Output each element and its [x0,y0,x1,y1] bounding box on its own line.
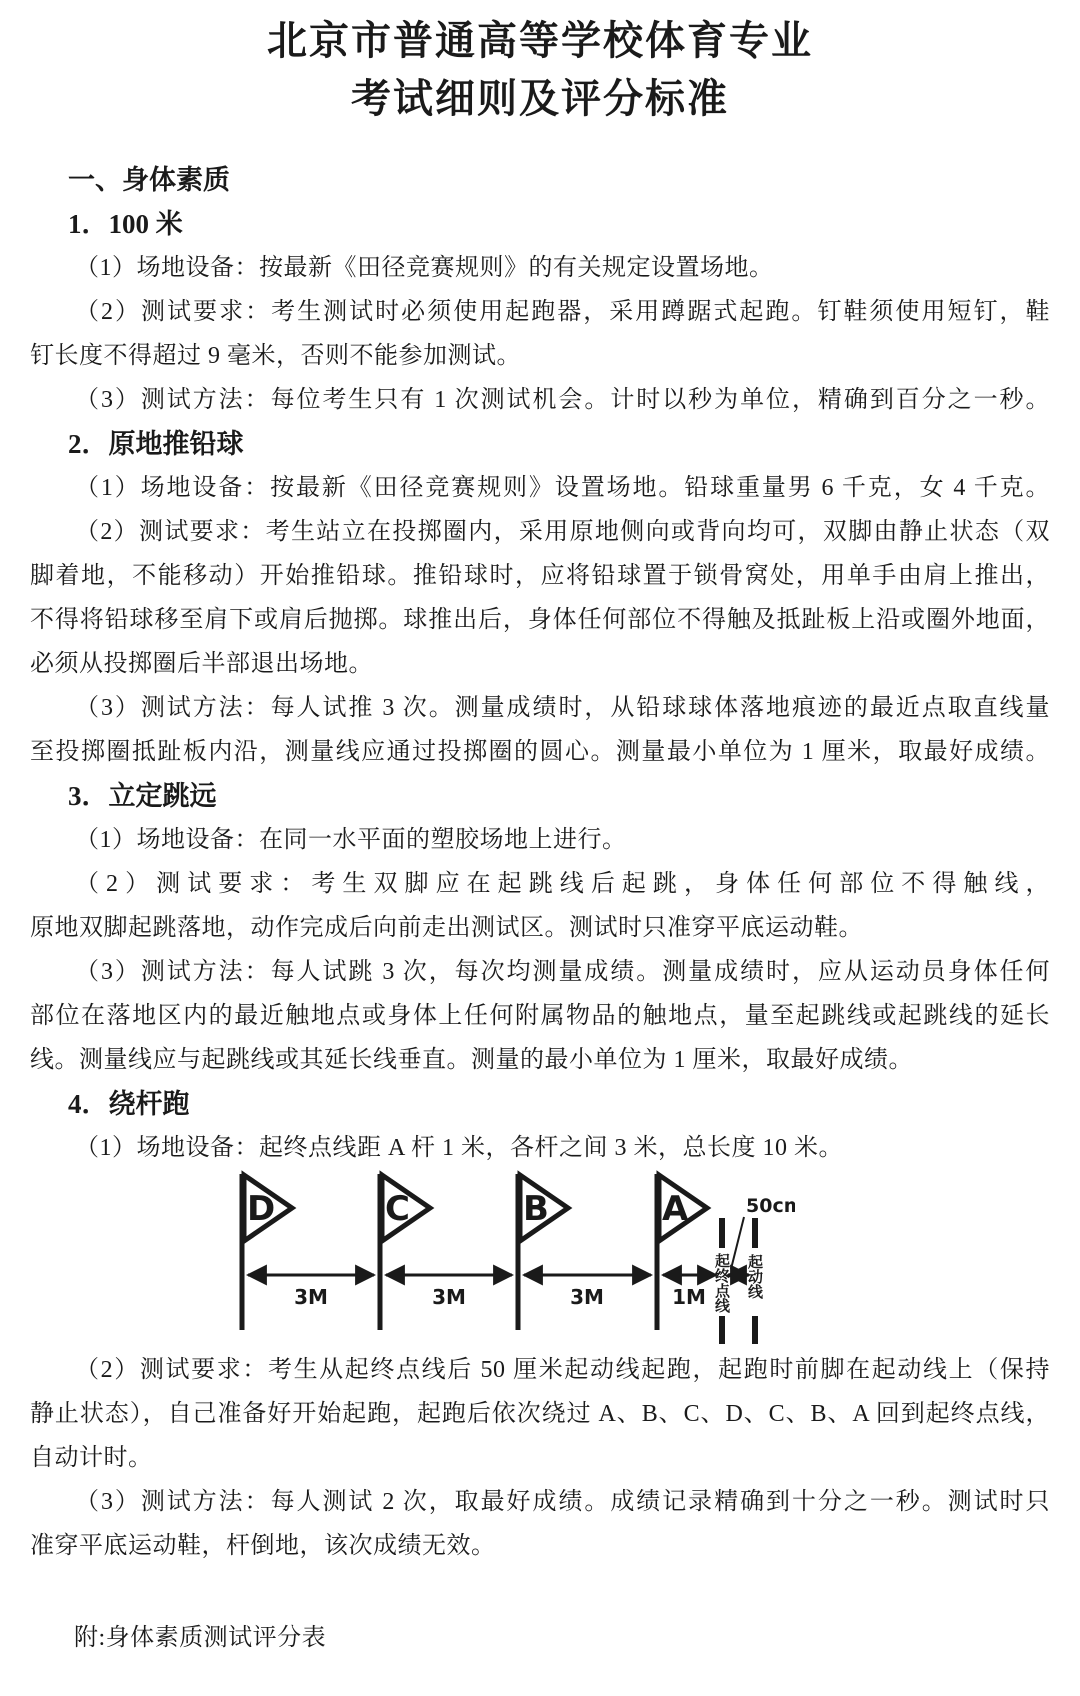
flag-b-label: B [523,1189,549,1229]
flag-c: C [380,1174,430,1330]
para-line: 脚着地，不能移动）开始推铅球。推铅球时，应将铅球置于锁骨窝处，用单手由肩上推出， [30,554,1050,598]
section-2-heading: 2．原地推铅球 [68,422,1050,466]
gap-label-50cm: 50cm [746,1195,795,1217]
para-line: 不得将铅球移至肩下或肩后抛掷。球推出后，身体任何部位不得触及抵趾板上沿或圈外地面… [30,598,1050,642]
start-line-label: 起动线 [746,1254,764,1300]
para-line: （3）测试方法：每人测试 2 次，取最好成绩。成绩记录精确到十分之一秒。测试时只 [30,1480,1050,1524]
para-line: 必须从投掷圈后半部退出场地。 [30,642,1050,686]
para-line: （2）测试要求：考生从起终点线后 50 厘米起动线起跑，起跑时前脚在起动线上（保… [30,1348,1050,1392]
distance-label-3m-1: 3M [294,1285,328,1309]
document-page: 北京市普通高等学校体育专业 考试细则及评分标准 一、身体素质 1．100 米 （… [0,0,1080,1696]
para-line: （1）场地设备：在同一水平面的塑胶场地上进行。 [30,818,1050,862]
para-line: 原地双脚起跳落地，动作完成后向前走出测试区。测试时只准穿平底运动鞋。 [30,906,1050,950]
start-finish-line: 起终点线 [713,1218,731,1344]
appendix-note: 附:身体素质测试评分表 [74,1616,1050,1660]
distance-label-3m-2: 3M [432,1285,466,1309]
para-line: （2）测试要求：考生站立在投掷圈内，采用原地侧向或背向均可，双脚由静止状态（双 [30,510,1050,554]
para-line: （3）测试方法：每人试推 3 次。测量成绩时，从铅球球体落地痕迹的最近点取直线量 [30,686,1050,730]
flag-d: D [242,1174,292,1330]
para-line: （3）测试方法：每人试跳 3 次，每次均测量成绩。测量成绩时，应从运动员身体任何 [30,950,1050,994]
para-line: 线。测量线应与起跳线或其延长线垂直。测量的最小单位为 1 厘米，取最好成绩。 [30,1038,1050,1082]
distance-label-3m-3: 3M [570,1285,604,1309]
section-4-heading: 4．绕杆跑 [68,1082,1050,1126]
flag-a-label: A [662,1189,689,1229]
document-title-line-1: 北京市普通高等学校体育专业 [30,12,1050,70]
para-line: 静止状态），自己准备好开始起跑，起跑后依次绕过 A、B、C、D、C、B、A 回到… [30,1392,1050,1436]
para-line: 部位在落地区内的最近触地点或身体上任何附属物品的触地点，量至起跳线或起跳线的延长 [30,994,1050,1038]
para-line: 至投掷圈抵趾板内沿，测量线应通过投掷圈的圆心。测量最小单位为 1 厘米，取最好成… [30,730,1050,774]
para-line: （1）场地设备：按最新《田径竞赛规则》设置场地。铅球重量男 6 千克，女 4 千… [30,466,1050,510]
flag-b: B [518,1174,568,1330]
para-line: 钉长度不得超过 9 毫米，否则不能参加测试。 [30,334,1050,378]
para-line: （2）测试要求：考生双脚应在起跳线后起跳，身体任何部位不得触线， [30,862,1050,906]
para-line: 自动计时。 [30,1436,1050,1480]
flag-c-label: C [385,1189,410,1229]
distance-label-1m: 1M [672,1285,706,1309]
para-line: （1）场地设备：按最新《田径竞赛规则》的有关规定设置场地。 [30,246,1050,290]
para-line: （2）测试要求：考生测试时必须使用起跑器，采用蹲踞式起跑。钉鞋须使用短钉，鞋 [30,290,1050,334]
flag-d-label: D [247,1189,275,1229]
para-line: （3）测试方法：每位考生只有 1 次测试机会。计时以秒为单位，精确到百分之一秒。 [30,378,1050,422]
start-line: 起动线 [746,1218,764,1344]
section-3-heading: 3．立定跳远 [68,774,1050,818]
document-title-line-2: 考试细则及评分标准 [30,70,1050,128]
section-1-heading: 1．100 米 [68,202,1050,246]
part-heading: 一、身体素质 [68,158,1050,202]
para-line: （1）场地设备：起终点线距 A 杆 1 米，各杆之间 3 米，总长度 10 米。 [30,1126,1050,1170]
slalom-course-diagram: D C B A [195,1170,1050,1348]
para-line: 准穿平底运动鞋，杆倒地，该次成绩无效。 [30,1524,1050,1568]
start-finish-line-label: 起终点线 [713,1253,731,1314]
